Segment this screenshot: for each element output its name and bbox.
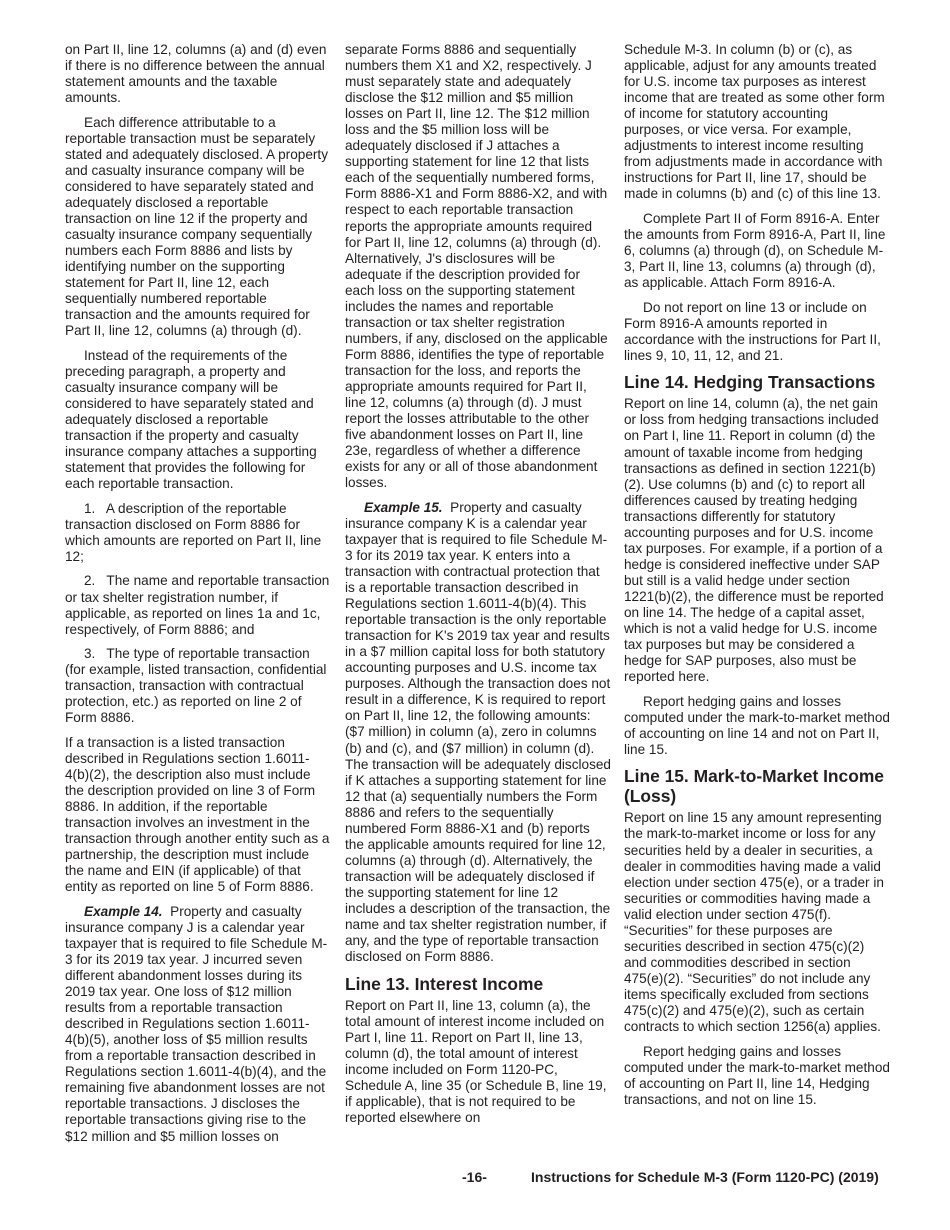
example-paragraph: Example 15. Property and casualty insura… <box>345 500 611 965</box>
example-label: Example 15. <box>364 500 443 515</box>
example-label: Example 14. <box>84 904 163 919</box>
paragraph: Report on line 15 any amount representin… <box>624 810 890 1035</box>
paragraph: Each difference attributable to a report… <box>65 115 331 340</box>
column-left: on Part II, line 12, columns (a) and (d)… <box>65 42 331 1153</box>
paragraph: Instead of the requirements of the prece… <box>65 348 331 492</box>
paragraph: Do not report on line 13 or include on F… <box>624 300 890 364</box>
paragraph: If a transaction is a listed transaction… <box>65 735 331 895</box>
paragraph: Report on Part II, line 13, column (a), … <box>345 998 611 1126</box>
example-paragraph: Example 14. Property and casualty insura… <box>65 904 331 1145</box>
section-heading: Line 15. Mark-to-Market Income (Loss) <box>624 766 890 806</box>
paragraph-text: Property and casualty insurance company … <box>345 500 611 964</box>
page-number: -16- <box>462 1169 487 1185</box>
paragraph: 1. A description of the reportable trans… <box>65 501 331 565</box>
paragraph: Report hedging gains and losses computed… <box>624 1044 890 1108</box>
paragraph: on Part II, line 12, columns (a) and (d)… <box>65 42 331 106</box>
paragraph: 2. The name and reportable transaction o… <box>65 573 331 637</box>
paragraph: Report hedging gains and losses computed… <box>624 694 890 758</box>
section-heading: Line 14. Hedging Transactions <box>624 372 890 392</box>
paragraph: 3. The type of reportable transaction (f… <box>65 646 331 726</box>
section-heading: Line 13. Interest Income <box>345 974 611 994</box>
column-right: Schedule M-3. In column (b) or (c), as a… <box>624 42 890 1116</box>
paragraph: Schedule M-3. In column (b) or (c), as a… <box>624 42 890 202</box>
paragraph: separate Forms 8886 and sequentially num… <box>345 42 611 491</box>
paragraph: Report on line 14, column (a), the net g… <box>624 396 890 685</box>
document-title: Instructions for Schedule M-3 (Form 1120… <box>531 1169 879 1185</box>
column-middle: separate Forms 8886 and sequentially num… <box>345 42 611 1135</box>
paragraph-text: Property and casualty insurance company … <box>65 904 327 1144</box>
paragraph: Complete Part II of Form 8916-A. Enter t… <box>624 211 890 291</box>
